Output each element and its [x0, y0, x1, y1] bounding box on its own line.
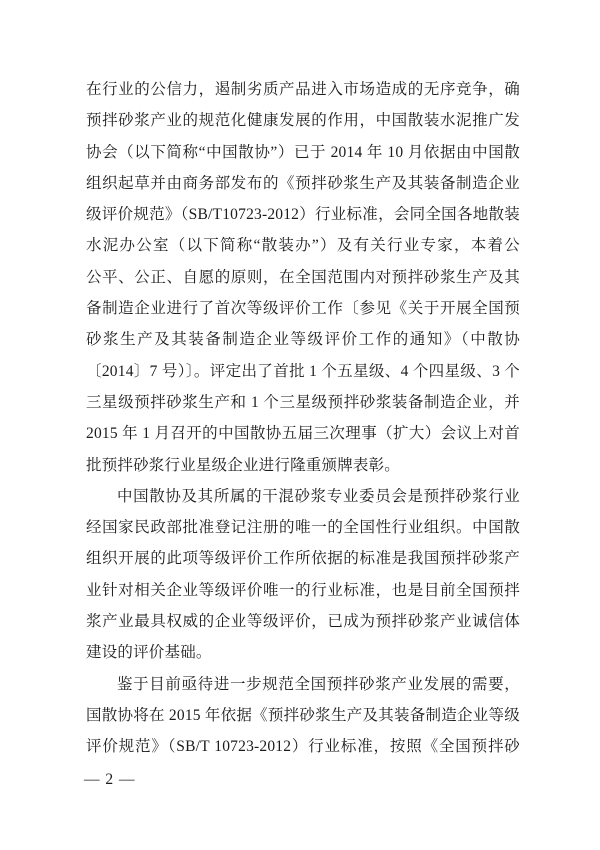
page-number: — 2 —	[84, 770, 136, 790]
text-line: 2015 年 1 月召开的中国散协五届三次理事（扩大）会议上对首	[86, 418, 520, 449]
text-block: 在行业的公信力，遏制劣质产品进入市场造成的无序竞争，确保预拌砂浆产业的规范化健康…	[86, 74, 520, 763]
text-line: 组织开展的此项等级评价工作所依据的标准是我国预拌砂浆产	[86, 543, 520, 574]
text-line: 水泥办公室（以下简称“散装办”）及有关行业专家，本着公开、	[86, 230, 520, 261]
text-line: 鉴于目前亟待进一步规范全国预拌砂浆产业发展的需要，中	[86, 669, 520, 700]
text-line: 国散协将在 2015 年依据《预拌砂浆生产及其装备制造企业等级	[86, 700, 520, 731]
text-line: 公平、公正、自愿的原则，在全国范围内对预拌砂浆生产及其装	[86, 262, 520, 293]
text-line: 业针对相关企业等级评价唯一的行业标准，也是目前全国预拌砂	[86, 575, 520, 606]
text-line: 协会（以下简称“中国散协”）已于 2014 年 10 月依据由中国散协	[86, 137, 520, 168]
text-line: 经国家民政部批准登记注册的唯一的全国性行业组织。中国散协	[86, 512, 520, 543]
text-line: 三星级预拌砂浆生产和 1 个三星级预拌砂浆装备制造企业，并在	[86, 387, 520, 418]
text-line: 级评价规范》（SB/T10723-2012）行业标准，会同全国各地散装	[86, 199, 520, 230]
text-line: 建设的评价基础。	[86, 637, 520, 668]
text-line: 评价规范》（SB/T 10723-2012）行业标准，按照《全国预拌砂浆	[86, 731, 520, 762]
document-page: 在行业的公信力，遏制劣质产品进入市场造成的无序竞争，确保预拌砂浆产业的规范化健康…	[0, 0, 600, 850]
text-line: 浆产业最具权威的企业等级评价，已成为预拌砂浆产业诚信体系	[86, 606, 520, 637]
text-line: 预拌砂浆产业的规范化健康发展的作用，中国散装水泥推广发展	[86, 105, 520, 136]
text-line: 中国散协及其所属的干混砂浆专业委员会是预拌砂浆行业	[86, 481, 520, 512]
text-line: 〔2014〕7 号）〕。评定出了首批 1 个五星级、4 个四星级、3 个	[86, 356, 520, 387]
text-line: 备制造企业进行了首次等级评价工作〔参见《关于开展全国预拌	[86, 293, 520, 324]
text-line: 砂浆生产及其装备制造企业等级评价工作的通知》（中散协	[86, 324, 520, 355]
text-line: 批预拌砂浆行业星级企业进行隆重颁牌表彰。	[86, 450, 520, 481]
text-line: 组织起草并由商务部发布的《预拌砂浆生产及其装备制造企业等	[86, 168, 520, 199]
text-line: 在行业的公信力，遏制劣质产品进入市场造成的无序竞争，确保	[86, 74, 520, 105]
